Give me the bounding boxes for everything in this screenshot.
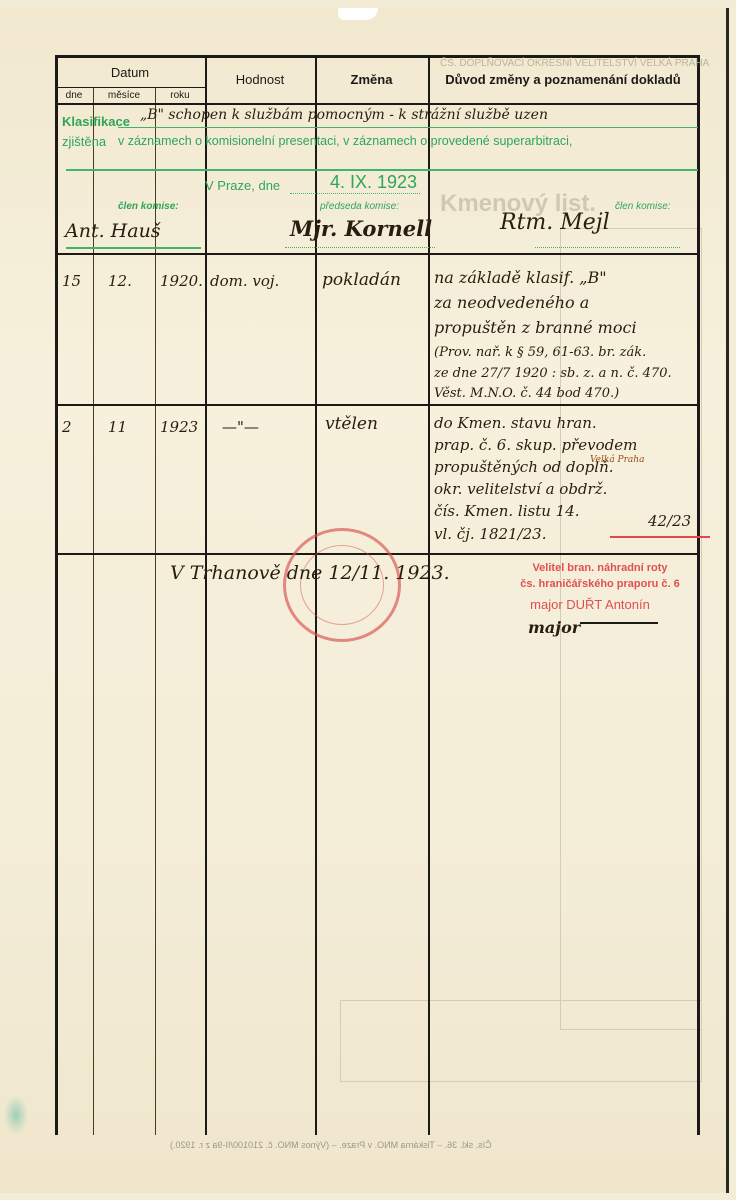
- entry-2-duvod-line: propuštěných od doplň.: [434, 458, 614, 476]
- red-underline: [610, 536, 710, 538]
- entry-1-roku: 1920.: [160, 272, 203, 290]
- commander-signature: major: [528, 618, 580, 637]
- header-hodnost: Hodnost: [205, 72, 315, 87]
- place-date-printed: V Praze, dne: [205, 178, 280, 193]
- col-divider-dne: [93, 87, 94, 1135]
- entry-2-duvod-line: okr. velitelství a obdrž.: [434, 480, 607, 498]
- signature-clen-left: Ant. Hauš: [65, 220, 161, 242]
- entry-1-duvod-line: na základě klasif. „B": [434, 268, 607, 287]
- round-red-seal: [283, 528, 401, 642]
- entry-2-mesice: 11: [108, 418, 127, 436]
- entry-1-duvod-line: za neodvedeného a: [434, 293, 589, 312]
- entry-1-duvod-line: Věst. M.N.O. č. 44 bod 470.): [434, 386, 619, 401]
- clen-komise-right-label: člen komise:: [615, 201, 671, 212]
- entry-2-insert-note: Velká Praha: [590, 455, 644, 465]
- entry-1-zmena: pokladán: [322, 270, 401, 290]
- table-right-border: [697, 55, 700, 1135]
- entry-2-dne: 2: [62, 418, 72, 436]
- stamp-line-2: čs. hraničářského praporu č. 6: [490, 578, 710, 590]
- entry-1-duvod-line: ze dne 27/7 1920 : sb. z. a n. č. 470.: [434, 366, 672, 381]
- clen-komise-left-label: člen komise:: [118, 201, 179, 212]
- col-divider-mesice: [155, 87, 156, 1135]
- klasifikace-underline: [118, 127, 698, 128]
- entry-1-dne: 15: [62, 272, 81, 290]
- header-dne: dne: [55, 90, 93, 101]
- klasifikace-value: „B" schopen k službám pomocným - k stráž…: [140, 107, 548, 123]
- signature-predseda: Mjr. Kornell: [290, 216, 432, 241]
- row-divider: [55, 404, 700, 406]
- entry-2-roku: 1923: [160, 418, 198, 436]
- entry-2-duvod-line: vl. čj. 1821/23.: [434, 525, 546, 543]
- signature-line-left: [66, 247, 201, 249]
- entry-1-duvod-line: propuštěn z branné moci: [434, 318, 637, 337]
- green-separator: [66, 169, 698, 171]
- printer-footer-mirrored: Čís. skl. 36. – Tiskárna MNO. v Praze. –…: [170, 1140, 492, 1150]
- entry-1-duvod-line: (Prov. nař. k § 59, 61-63. br. zák.: [434, 345, 646, 360]
- entry-2-reference: 42/23: [648, 512, 691, 530]
- entry-2-duvod-line: čís. Kmen. listu 14.: [434, 502, 580, 520]
- entry-2-hodnost: —"—: [222, 418, 259, 436]
- entry-1-hodnost: dom. voj.: [210, 272, 279, 290]
- entry-2-duvod-line: prap. č. 6. skup. převodem: [434, 436, 637, 454]
- green-mark: [4, 1095, 28, 1135]
- zjistena-text: v záznamech o komisionelní presentaci, v…: [118, 134, 572, 148]
- signature-line-right: [535, 247, 680, 248]
- col-divider-roku: [205, 55, 207, 1135]
- header-duvod: Důvod změny a poznamenání dokladů: [428, 72, 698, 87]
- date-dotted-line: [290, 193, 420, 194]
- header-mesice: měsíce: [93, 90, 155, 101]
- paper-tear: [338, 8, 378, 20]
- table-left-border: [55, 55, 58, 1135]
- signature-stroke: [580, 622, 658, 624]
- entry-1-mesice: 12.: [108, 272, 132, 290]
- signature-line-center: [285, 247, 435, 248]
- row-divider: [55, 253, 700, 255]
- stamp-line-3: major DUŘT Antonín: [490, 597, 690, 612]
- header-bottom-border: [55, 103, 700, 105]
- signature-clen-right: Rtm. Mejl: [500, 210, 610, 235]
- bleed-through-grid: [340, 1000, 702, 1082]
- header-roku: roku: [155, 90, 205, 101]
- zjistena-label: zjištěna: [62, 134, 106, 149]
- entry-2-zmena: vtělen: [325, 414, 378, 434]
- header-zmena: Změna: [315, 72, 428, 87]
- place-date-stamped: 4. IX. 1923: [330, 172, 417, 193]
- stamp-line-1: Velitel bran. náhradní roty: [490, 562, 710, 574]
- faint-top-stamp: ČS. DOPLŇOVACÍ OKRESNÍ VELITELSTVÍ VELKÁ…: [440, 58, 709, 69]
- entry-2-duvod-line: do Kmen. stavu hran.: [434, 414, 597, 432]
- datum-header-divider: [55, 87, 205, 88]
- predseda-label: předseda komise:: [320, 201, 399, 212]
- closing-place-date: V Trhanově dne 12/11. 1923.: [170, 562, 450, 584]
- header-datum: Datum: [55, 65, 205, 80]
